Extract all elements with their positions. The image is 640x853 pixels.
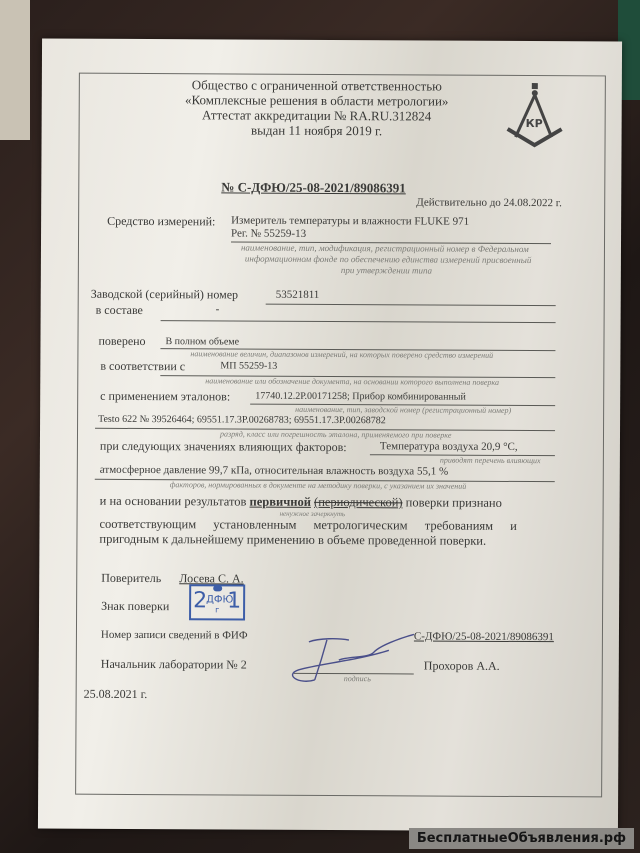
mark-right: 1 — [227, 588, 241, 613]
hint: информационном фонде по обеспечению един… — [245, 254, 531, 265]
document-date: 25.08.2021 г. — [84, 687, 148, 702]
periodic-verification-struck: (периодической) — [314, 495, 403, 509]
head-label: Начальник лаборатории № 2 — [101, 657, 247, 673]
according-value: МП 55259-13 — [220, 360, 277, 371]
hint: наименование величин, диапазонов измерен… — [190, 349, 493, 360]
mark-sub: г — [215, 605, 219, 614]
verified-label: поверено — [98, 334, 145, 349]
conclusion-line3: пригодным к дальнейшему применению в объ… — [99, 532, 486, 549]
accreditation-issued: выдан 11 ноября 2019 г. — [97, 122, 537, 139]
compass-square-icon: КР — [501, 81, 571, 151]
certificate-paper: Общество с ограниченной ответственностью… — [38, 38, 622, 831]
hint: наименование, тип, модификация, регистра… — [241, 243, 529, 255]
conclusion-prefix: и на основании результатов — [100, 494, 247, 509]
standards-value-2: Testo 622 № 39526464; 69551.17.3Р.002687… — [98, 414, 386, 427]
mark-left: 2 — [193, 588, 207, 613]
primary-verification: первичной — [250, 495, 311, 509]
composition-label: в составе — [96, 303, 143, 318]
instrument-label: Средство измерений: — [107, 214, 215, 230]
instrument-value: Измеритель температуры и влажности FLUKE… — [231, 214, 469, 227]
signature-icon — [279, 630, 419, 686]
verified-value: В полном объеме — [165, 336, 239, 347]
hint: наименование, тип, заводской номер (реги… — [295, 405, 511, 415]
fif-value: С-ДФЮ/25-08-2021/89086391 — [414, 630, 554, 643]
factors-value-2: атмосферное давление 99,7 кПа, относител… — [100, 464, 448, 478]
hint: наименование или обозначение документа, … — [205, 376, 499, 387]
verification-mark-stamp: 2 ДФЮ 1 г — [189, 584, 245, 620]
composition-value: - — [216, 303, 220, 315]
conclusion-line1: и на основании результатов первичной (пе… — [100, 494, 502, 511]
hint: при утверждении типа — [341, 265, 432, 275]
verifier-label: Поверитель — [101, 571, 161, 586]
serial-value: 53521811 — [276, 289, 320, 301]
company-logo: КР — [501, 81, 571, 151]
hint: разряд, класс или погрешность эталона, п… — [220, 429, 451, 439]
factors-label: при следующих значениях влияющих факторо… — [100, 439, 347, 455]
certificate-number: № С-ДФЮ/25-08-2021/89086391 — [221, 179, 406, 196]
according-label: в соответствии с — [100, 359, 185, 374]
factors-value-1: Температура воздуха 20,9 °С, — [380, 440, 518, 453]
standards-value-1: 17740.12.2Р.00171258; Прибор комбинирова… — [255, 391, 466, 403]
hint: приводят перечень влияющих — [440, 456, 541, 466]
background-object — [0, 0, 30, 140]
instrument-reg-number: Рег. № 55259-13 — [231, 227, 306, 239]
conclusion-suffix: поверки признано — [406, 495, 502, 510]
watermark: БесплатныеОбъявления.рф — [409, 828, 634, 849]
mark-label: Знак поверки — [101, 599, 169, 614]
serial-label: Заводской (серийный) номер — [91, 287, 238, 303]
hint: факторов, нормированных в документе на м… — [170, 480, 467, 491]
standards-label: с применением эталонов: — [100, 389, 230, 405]
head-name: Прохоров А.А. — [424, 658, 500, 673]
mark-eye-icon — [213, 585, 222, 591]
fif-label: Номер записи сведений в ФИФ — [101, 629, 248, 642]
valid-until: Действительно до 24.08.2022 г. — [416, 196, 562, 209]
svg-text:КР: КР — [526, 117, 543, 130]
